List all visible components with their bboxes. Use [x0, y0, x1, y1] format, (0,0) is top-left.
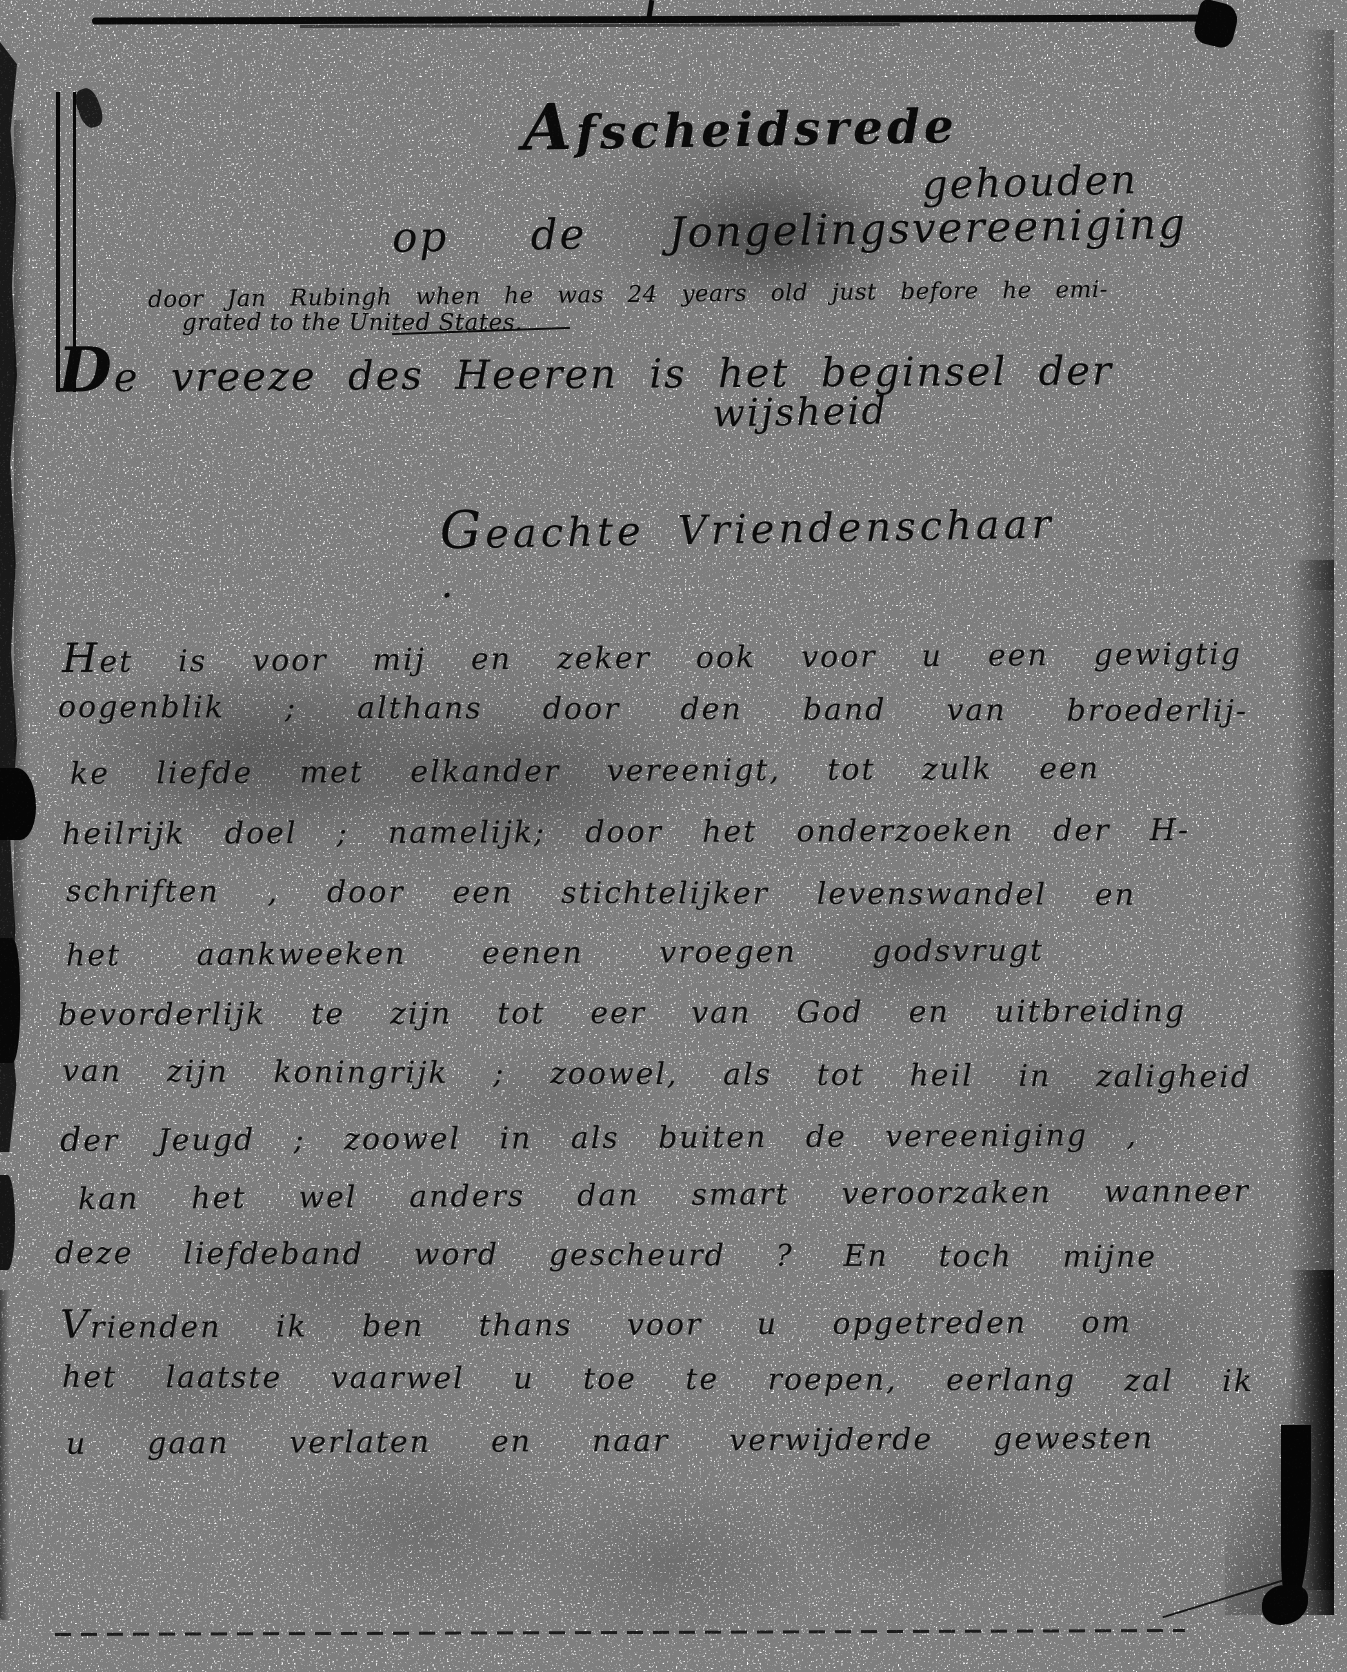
scan-edge-top: [92, 15, 1237, 25]
handwritten-line: het aankweeken eenen vroegen godsvrugt: [66, 933, 1044, 973]
scan-corner-top-right: [1191, 0, 1240, 50]
handwritten-line: het laatste vaarwel u toe te roepen, eer…: [62, 1360, 1254, 1399]
handwritten-line: oogenblik ; althans door den band van br…: [58, 690, 1248, 729]
scan-smudge: [520, 1480, 820, 1650]
annotation-line-1: door Jan Rubingh when he was 24 years ol…: [148, 277, 1108, 313]
handwritten-line: der Jeugd ; zoowel in als buiten de vere…: [60, 1114, 1138, 1159]
scan-edge-right: [1290, 560, 1334, 1590]
scan-corner-bottom-right: [1281, 1425, 1311, 1610]
handwritten-line: u gaan verlaten en naar verwijderde gewe…: [66, 1421, 1154, 1462]
handwritten-line: bevorderlijk te zijn tot eer van God en …: [58, 994, 1186, 1033]
handwritten-line: van zijn koningrijk ; zoowel, als tot he…: [62, 1054, 1252, 1095]
scan-edge-bottom-dashed: [55, 1629, 1185, 1636]
scan-binding-fade: [0, 1290, 10, 1620]
scan-binding-tear: [0, 768, 36, 840]
page-title: Afscheidsrede: [504, 82, 975, 165]
scan-edge-right-upper: [1300, 30, 1334, 590]
scan-edge-top-shadow: [300, 23, 900, 28]
motto-line-1: De vreeze des Heeren is het beginsel der: [58, 326, 1113, 406]
scan-top-tick-mark: [647, 0, 655, 17]
handwritten-line: Vrienden ik ben thans voor u opgetreden …: [60, 1297, 1132, 1348]
scan-corner-top-left: [72, 85, 106, 130]
scan-corner-bottom-right-fade: [1225, 1380, 1295, 1615]
handwritten-line: Het is voor mij en zeker ook voor u een …: [62, 626, 1242, 682]
scan-smudge: [930, 1030, 1210, 1190]
scanned-page: Afscheidsrede gehouden op de Jongelingsv…: [0, 0, 1347, 1672]
scan-corner-bottom-right-blob: [1262, 1585, 1308, 1625]
handwritten-line: heilrijk doel ; namelijk; door het onder…: [62, 813, 1190, 852]
scan-binding-tear: [0, 1175, 15, 1270]
handwritten-line: kan het wel anders dan smart veroorzaken…: [78, 1174, 1250, 1217]
scan-binding-shadow: [14, 120, 28, 1020]
handwritten-line: deze liefdeband word gescheurd ? En toch…: [55, 1236, 1157, 1275]
subtitle-vereeniging: op de Jongelingsvereeniging: [392, 199, 1188, 262]
scan-edge-right-lower: [1288, 1270, 1334, 1615]
scan-crease-line: [1162, 1580, 1282, 1618]
handwritten-line: schriften , door een stichtelijker leven…: [66, 874, 1136, 913]
motto-line-2: wijsheid: [660, 388, 941, 437]
scan-binding-strip: [0, 42, 17, 1152]
scan-binding-tear: [0, 938, 20, 1063]
handwritten-line: ke liefde met elkander vereenigt, tot zu…: [70, 751, 1100, 791]
salutation: Geachte Vriendenschaar .: [439, 491, 1056, 608]
